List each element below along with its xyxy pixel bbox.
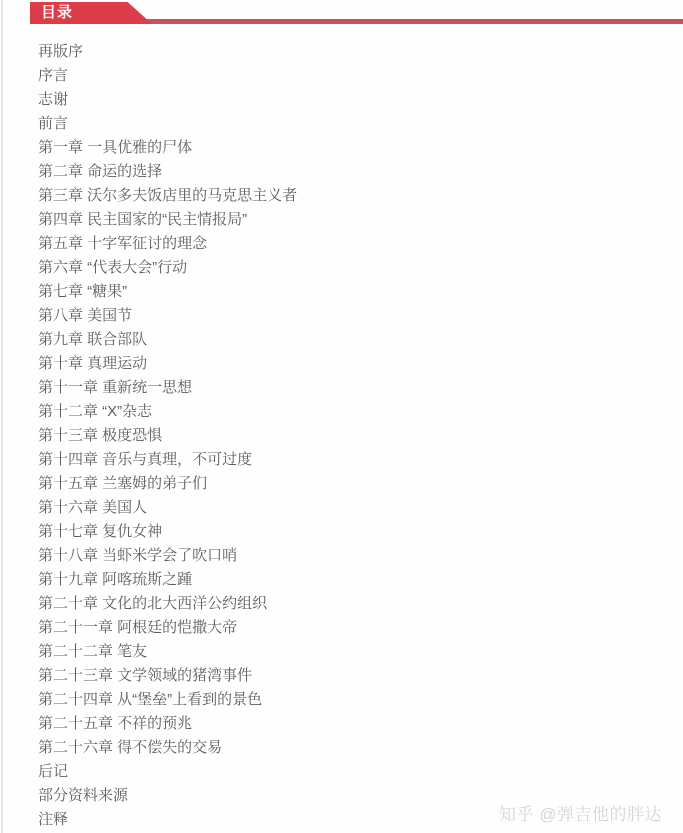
toc-item: 第十章 真理运动 [38, 352, 673, 376]
toc-item: 第二十章 文化的北大西洋公约组织 [38, 592, 673, 616]
toc-item: 第六章 “代表大会”行动 [38, 256, 673, 280]
toc-item: 第二十六章 得不偿失的交易 [38, 736, 673, 760]
toc-item: 第十九章 阿喀琉斯之踵 [38, 568, 673, 592]
toc-item: 第十三章 极度恐惧 [38, 424, 673, 448]
toc-banner-title: 目录 [30, 2, 152, 23]
toc-item: 再版序 [38, 40, 673, 64]
toc-list: 再版序序言志谢前言第一章 一具优雅的尸体第二章 命运的选择第三章 沃尔多夫饭店里… [38, 40, 673, 832]
left-border-line [1, 0, 3, 833]
toc-item: 第十五章 兰塞姆的弟子们 [38, 472, 673, 496]
toc-item: 第四章 民主国家的“民主情报局” [38, 208, 673, 232]
toc-item: 第八章 美国节 [38, 304, 673, 328]
toc-item: 第五章 十字军征讨的理念 [38, 232, 673, 256]
toc-header: 目录 [0, 0, 683, 26]
toc-item: 第七章 “糖果” [38, 280, 673, 304]
toc-item: 第三章 沃尔多夫饭店里的马克思主义者 [38, 184, 673, 208]
toc-item: 第二十一章 阿根廷的恺撒大帝 [38, 616, 673, 640]
toc-item: 第十六章 美国人 [38, 496, 673, 520]
toc-item: 序言 [38, 64, 673, 88]
toc-item: 第二十三章 文学领域的猪湾事件 [38, 664, 673, 688]
zhihu-watermark: 知乎 @弹吉他的胖达 [499, 800, 662, 825]
toc-item: 第十二章 “X”杂志 [38, 400, 673, 424]
toc-item: 第九章 联合部队 [38, 328, 673, 352]
toc-item: 前言 [38, 112, 673, 136]
toc-item: 第二十五章 不祥的预兆 [38, 712, 673, 736]
toc-item: 第十八章 当虾米学会了吹口哨 [38, 544, 673, 568]
toc-item: 第二十二章 笔友 [38, 640, 673, 664]
toc-item: 第一章 一具优雅的尸体 [38, 136, 673, 160]
toc-item: 第十七章 复仇女神 [38, 520, 673, 544]
toc-item: 第二十四章 从“堡垒”上看到的景色 [38, 688, 673, 712]
toc-item: 第十一章 重新统一思想 [38, 376, 673, 400]
toc-item: 第十四章 音乐与真理，不可过度 [38, 448, 673, 472]
toc-item: 第二章 命运的选择 [38, 160, 673, 184]
toc-item: 志谢 [38, 88, 673, 112]
toc-banner-ribbon: 目录 [30, 2, 152, 24]
toc-item: 后记 [38, 760, 673, 784]
